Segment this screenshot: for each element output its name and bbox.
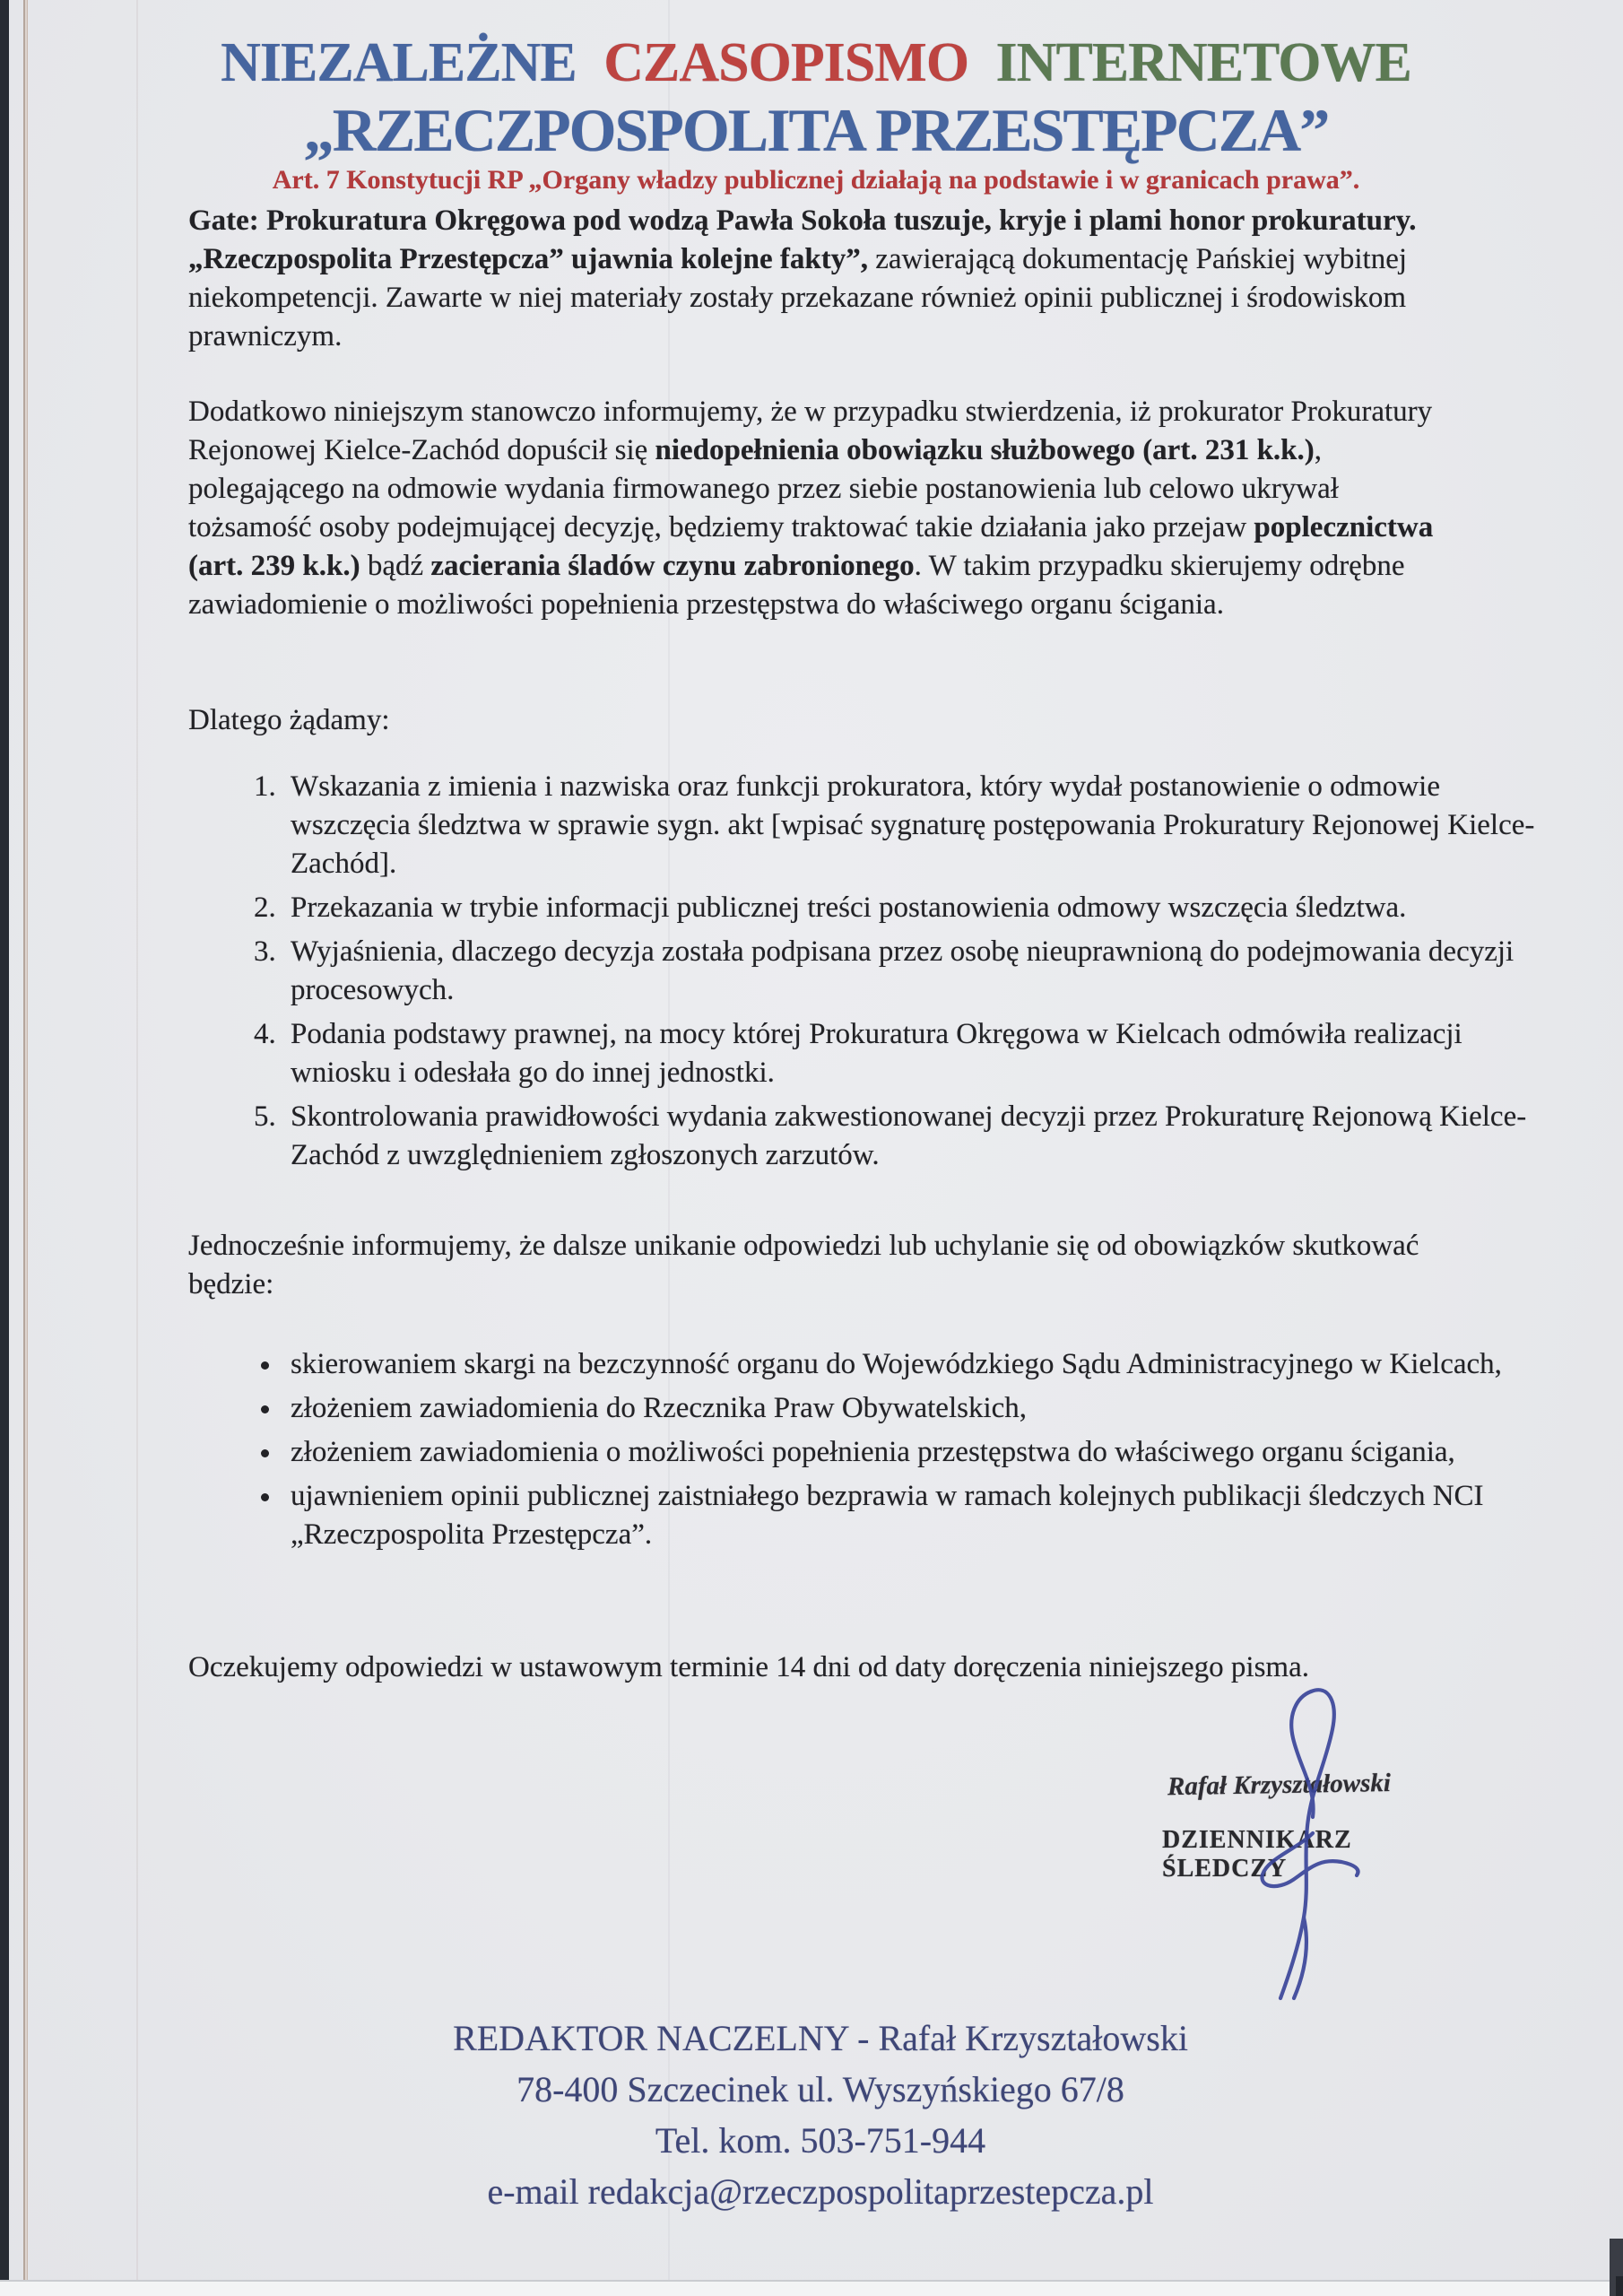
scan-corner-bottom-right [1610, 2239, 1623, 2296]
footer-phone-line: Tel. kom. 503-751-944 [54, 2115, 1587, 2166]
footer-editor-line: REDAKTOR NACZELNY - Rafał Krzyształowski [54, 2013, 1587, 2064]
scan-edge-left [0, 0, 9, 2296]
consequence-item-1: skierowaniem skargi na bezczynność organ… [283, 1345, 1551, 1384]
footer-email-line: e-mail redakcja@rzeczpospolitaprzestepcz… [54, 2166, 1587, 2217]
consequence-item-4: ujawnieniem opinii publicznej zaistniałe… [283, 1477, 1551, 1554]
masthead: NIEZALEŻNE CZASOPISMO INTERNETOWE „RZECZ… [36, 32, 1596, 196]
scan-edge-bottom [0, 2280, 1623, 2296]
paragraph-gate-accusation: Gate: Prokuratura Okręgowa pod wodzą Paw… [188, 202, 1456, 356]
demand-item-2: Przekazania w trybie informacji publiczn… [283, 889, 1551, 927]
consequence-item-3: złożeniem zawiadomienia o możliwości pop… [283, 1433, 1551, 1472]
paper-crease-line [23, 0, 30, 2296]
paragraph-demands-intro: Dlatego żądamy: [188, 701, 1456, 740]
demand-item-4: Podania podstawy prawnej, na mocy której… [283, 1015, 1551, 1092]
paragraph-legal-warning: Dodatkowo niniejszym stanowczo informuje… [188, 393, 1456, 624]
demands-list: Wskazania z imienia i nazwiska oraz funk… [188, 768, 1551, 1180]
paragraph-consequences-intro: Jednocześnie informujemy, że dalsze unik… [188, 1227, 1456, 1304]
scan-streak-left [136, 0, 138, 2296]
title-word-czasopismo: CZASOPISMO [603, 32, 968, 93]
handwritten-signature [1211, 1683, 1408, 2005]
title-word-internetowe: INTERNETOWE [996, 32, 1411, 93]
consequences-list: skierowaniem skargi na bezczynność organ… [188, 1345, 1551, 1560]
title-word-niezalezne: NIEZALEŻNE [221, 32, 577, 93]
demand-item-1: Wskazania z imienia i nazwiska oraz funk… [283, 768, 1551, 883]
paragraph-deadline: Oczekujemy odpowiedzi w ustawowym termin… [188, 1648, 1456, 1687]
journal-title-line1: NIEZALEŻNE CZASOPISMO INTERNETOWE [36, 32, 1596, 93]
journal-title-line2: „RZECZPOSPOLITA PRZESTĘPCZA” [36, 99, 1596, 162]
scanned-letter-page: NIEZALEŻNE CZASOPISMO INTERNETOWE „RZECZ… [0, 0, 1623, 2296]
consequence-item-2: złożeniem zawiadomienia do Rzecznika Pra… [283, 1389, 1551, 1428]
footer-address-line: 78-400 Szczecinek ul. Wyszyńskiego 67/8 [54, 2064, 1587, 2115]
demand-item-5: Skontrolowania prawidłowości wydania zak… [283, 1098, 1551, 1175]
footer-contact: REDAKTOR NACZELNY - Rafał Krzyształowski… [54, 2013, 1587, 2217]
constitution-quote: Art. 7 Konstytucji RP „Organy władzy pub… [36, 165, 1596, 196]
demand-item-3: Wyjaśnienia, dlaczego decyzja została po… [283, 933, 1551, 1010]
